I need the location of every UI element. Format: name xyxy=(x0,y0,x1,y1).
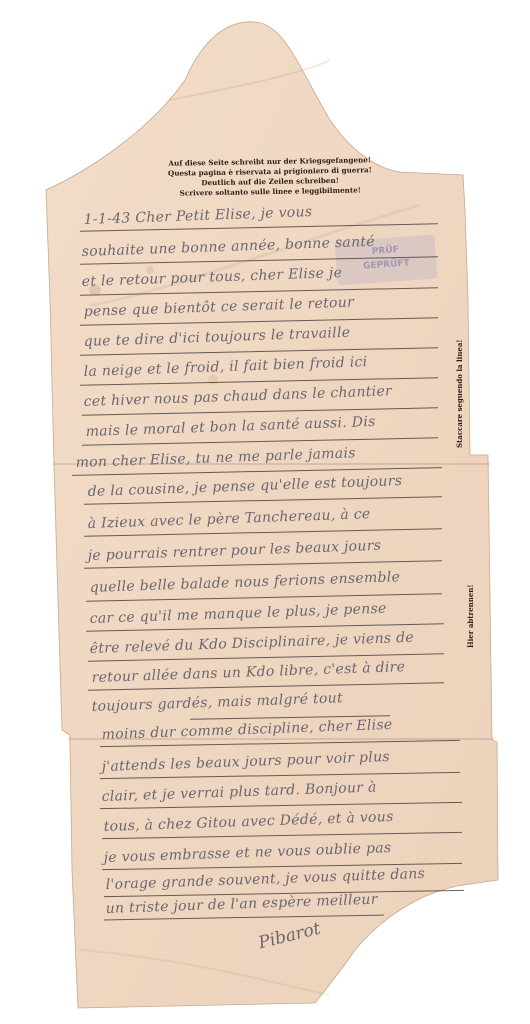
letter-sheet: Auf diese Seite schreibt nur der Kriegsg… xyxy=(0,0,530,1024)
printed-instructions: Auf diese Seite schreibt nur der Kriegsg… xyxy=(150,155,391,199)
tear-here-note-italian: Staccare seguendo la linea! xyxy=(455,340,464,449)
tear-here-note-german: Hier abtrennen! xyxy=(466,585,475,648)
